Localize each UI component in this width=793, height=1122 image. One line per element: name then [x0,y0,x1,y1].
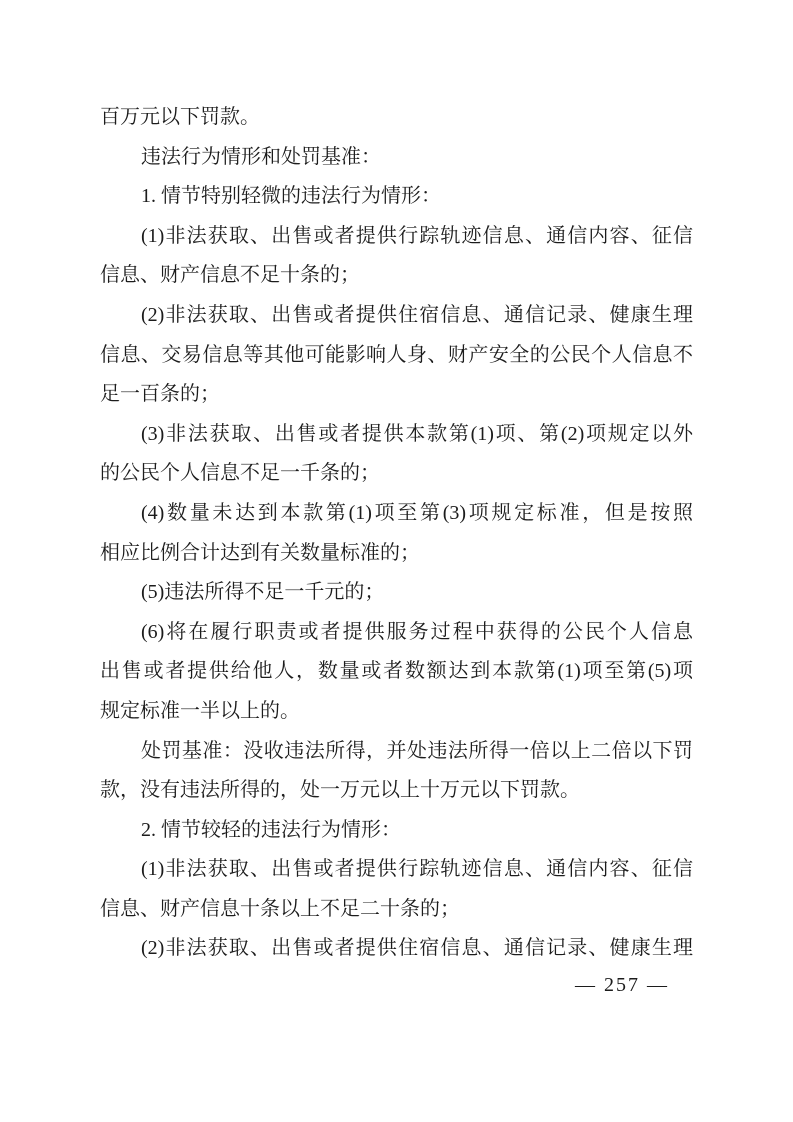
text-line: 足一百条的； [100,375,693,415]
text-line: 百万元以下罚款。 [100,98,693,138]
text-line: 信息、交易信息等其他可能影响人身、财产安全的公民个人信息不 [100,336,693,376]
page-number: — 257 — [575,972,669,998]
page-body-text: 百万元以下罚款。违法行为情形和处罚基准：1. 情节特别轻微的违法行为情形：(1)… [100,98,693,969]
text-line: (3)非法获取、出售或者提供本款第(1)项、第(2)项规定以外 [100,415,693,455]
text-line: 信息、财产信息十条以上不足二十条的； [100,890,693,930]
text-line: 处罚基准：没收违法所得，并处违法所得一倍以上二倍以下罚 [100,732,693,772]
text-line: 的公民个人信息不足一千条的； [100,454,693,494]
text-line: 相应比例合计达到有关数量标准的； [100,534,693,574]
scanned-book-page: 百万元以下罚款。违法行为情形和处罚基准：1. 情节特别轻微的违法行为情形：(1)… [0,0,793,1122]
text-line: (1)非法获取、出售或者提供行踪轨迹信息、通信内容、征信 [100,217,693,257]
text-line: 信息、财产信息不足十条的； [100,256,693,296]
text-line: 款，没有违法所得的，处一万元以上十万元以下罚款。 [100,771,693,811]
text-line: 1. 情节特别轻微的违法行为情形： [100,177,693,217]
text-line: (4)数量未达到本款第(1)项至第(3)项规定标准，但是按照 [100,494,693,534]
text-line: 2. 情节较轻的违法行为情形： [100,811,693,851]
text-line: (2)非法获取、出售或者提供住宿信息、通信记录、健康生理 [100,296,693,336]
text-line: (5)违法所得不足一千元的； [100,573,693,613]
text-line: (1)非法获取、出售或者提供行踪轨迹信息、通信内容、征信 [100,850,693,890]
text-line: 违法行为情形和处罚基准： [100,138,693,178]
text-line: (2)非法获取、出售或者提供住宿信息、通信记录、健康生理 [100,929,693,969]
text-line: (6)将在履行职责或者提供服务过程中获得的公民个人信息 [100,613,693,653]
text-line: 规定标准一半以上的。 [100,692,693,732]
text-line: 出售或者提供给他人，数量或者数额达到本款第(1)项至第(5)项 [100,652,693,692]
